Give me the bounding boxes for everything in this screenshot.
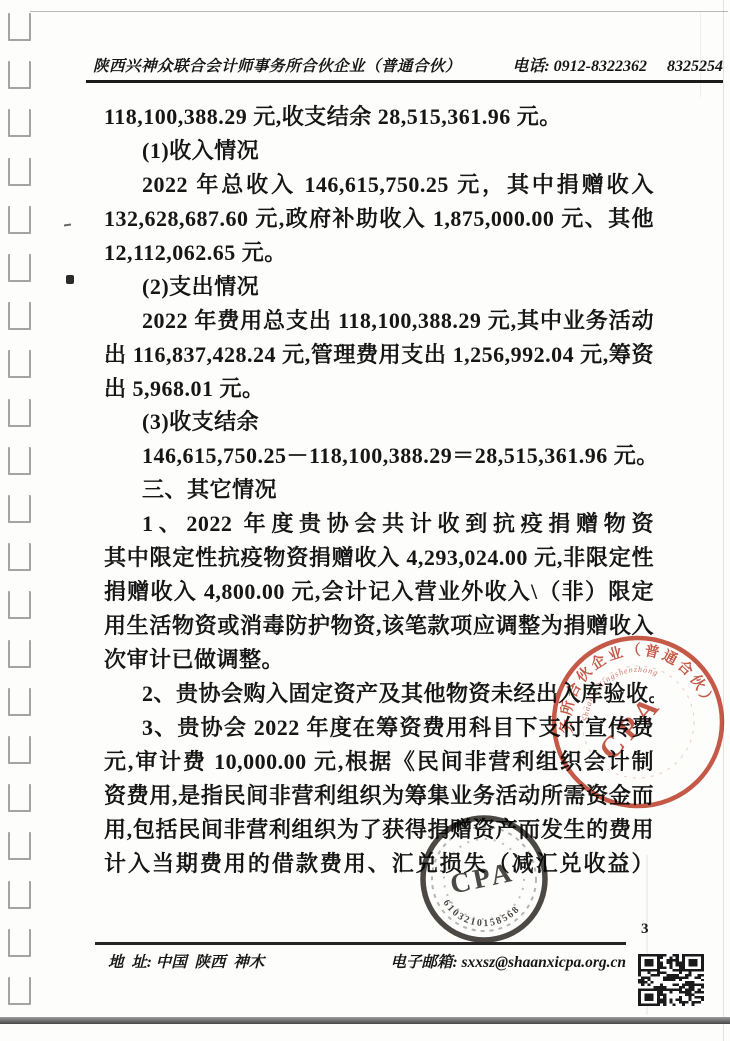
page-bottom-edge xyxy=(0,1017,730,1024)
scan-speck xyxy=(66,275,74,284)
phone-number-2: 8325254 xyxy=(667,58,723,75)
text-line: 计入当期费用的借款费用、汇兑损失（减汇兑收益）等。民间非营 xyxy=(104,847,654,881)
binding-hole-mark xyxy=(8,254,31,282)
spiral-binding-holes xyxy=(7,0,37,1041)
text-line: 出 5,968.01 元。 xyxy=(104,372,654,406)
binding-hole-mark xyxy=(8,158,31,186)
seal-cpa-text: CPA xyxy=(593,687,669,767)
email-line: 电子邮箱: sxxsz@shaanxicpa.org.cn xyxy=(390,950,626,972)
binding-hole-mark xyxy=(8,688,31,716)
firm-name: 陕西兴神众联合会计师事务所合伙企业（普通合伙） xyxy=(93,54,461,76)
text-line: (3)收支结余 xyxy=(104,405,654,439)
text-line: (2)支出情况 xyxy=(104,270,654,304)
binding-hole-mark xyxy=(8,350,31,378)
cpa-seal-stamp: 6103210158568 CPA xyxy=(416,813,552,947)
text-line: 三、其它情况 xyxy=(104,473,654,507)
binding-hole-mark xyxy=(8,543,31,571)
binding-hole-mark xyxy=(8,591,31,619)
binding-hole-mark xyxy=(8,109,31,137)
text-line: 用,包括民间非营利组织为了获得捐赠资产而发生的费用以及应当 xyxy=(104,813,654,847)
seal-cpa-text: CPA xyxy=(447,857,517,901)
binding-hole-mark xyxy=(8,399,31,427)
phone-number-1: 0912-8322362 xyxy=(554,58,647,75)
page-top-edge xyxy=(30,11,728,12)
text-line: 132,628,687.60 元,政府补助收入 1,875,000.00 元、其… xyxy=(104,202,654,236)
binding-hole-mark xyxy=(8,13,31,41)
letterhead: 陕西兴神众联合会计师事务所合伙企业（普通合伙） 电话: 0912-8322362… xyxy=(93,53,723,76)
scan-speck xyxy=(64,224,71,227)
text-line: 捐赠收入 4,800.00 元,会计记入营业外收入\（非）限定性收入\日 xyxy=(104,575,654,609)
header-rule xyxy=(86,80,723,83)
text-line: 146,615,750.25－118,100,388.29＝28,515,361… xyxy=(104,439,654,473)
text-line: 2022 年总收入 146,615,750.25 元，其中捐赠收入 xyxy=(104,168,654,202)
binding-hole-mark xyxy=(8,929,31,957)
address-line: 地 址: 中国 陕西 神木 xyxy=(108,950,264,972)
binding-hole-mark xyxy=(8,206,31,234)
binding-hole-mark xyxy=(8,881,31,909)
text-line: 其中限定性抗疫物资捐赠收入 4,293,024.00 元,非限定性抗疫物资 xyxy=(104,541,654,575)
text-line: 出 116,837,428.24 元,管理费用支出 1,256,992.04 元… xyxy=(104,338,654,372)
binding-hole-mark xyxy=(8,302,31,330)
text-line: 1、2022 年度贵协会共计收到抗疫捐赠物资 4,297,824.00 元, xyxy=(104,507,654,541)
page-right-edge xyxy=(723,0,724,1041)
address-value: 中国 陕西 神木 xyxy=(156,954,265,971)
phone-label: 电话: xyxy=(512,58,549,75)
binding-hole-mark xyxy=(8,736,31,764)
firm-seal-stamp: 务所合伙企业（普通合伙） Shaanxi Xingshenzhong CPA xyxy=(549,633,727,811)
binding-hole-mark xyxy=(8,832,31,860)
text-line: 12,112,062.65 元。 xyxy=(104,236,654,270)
binding-hole-mark xyxy=(8,447,31,475)
email-label: 电子邮箱: xyxy=(390,954,461,971)
binding-hole-mark xyxy=(8,784,31,812)
scanned-page: 陕西兴神众联合会计师事务所合伙企业（普通合伙） 电话: 0912-8322362… xyxy=(0,0,730,1041)
email-value: sxxsz@shaanxicpa.org.cn xyxy=(462,954,626,971)
text-line: 118,100,388.29 元,收支结余 28,515,361.96 元。 xyxy=(104,100,654,134)
binding-hole-mark xyxy=(8,61,31,89)
footer-rule xyxy=(95,942,626,945)
page-number: 3 xyxy=(641,921,649,938)
footer: 地 址: 中国 陕西 神木 电子邮箱: sxxsz@shaanxicpa.org… xyxy=(108,950,626,972)
text-line: 2022 年费用总支出 118,100,388.29 元,其中业务活动成本支 xyxy=(104,304,654,338)
binding-hole-mark xyxy=(8,640,31,668)
binding-hole-mark xyxy=(8,977,31,1005)
qr-code xyxy=(638,954,704,1006)
binding-hole-mark xyxy=(8,495,31,523)
text-line: (1)收入情况 xyxy=(104,134,654,168)
address-label: 地 址: xyxy=(108,954,156,971)
phone-numbers: 电话: 0912-8322362 8325254 xyxy=(512,53,723,76)
